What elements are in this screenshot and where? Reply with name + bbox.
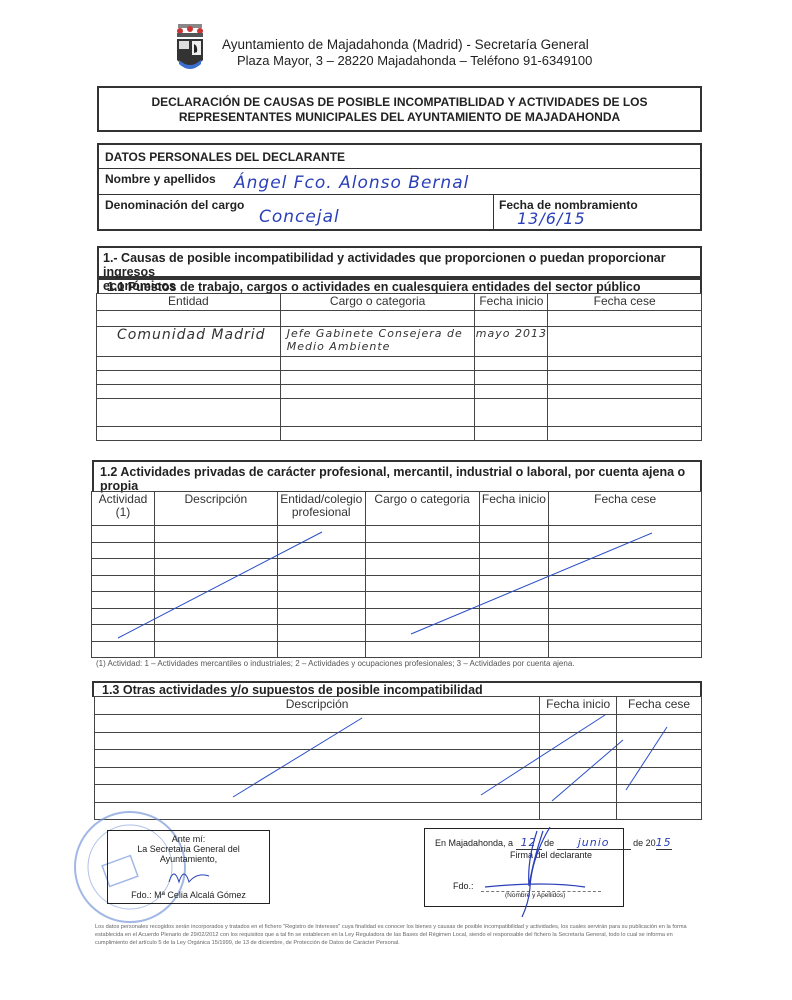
table-row[interactable] [95,732,702,750]
cargo-row: Denominación del cargo Concejal Fecha de… [99,195,700,231]
section-1-heading-box: 1.- Causas de posible incompatibilidad y… [97,246,702,278]
table-cell[interactable] [277,559,365,576]
table-cell[interactable] [540,750,617,768]
table-cell[interactable] [95,750,540,768]
other-activities-table: Descripción Fecha inicio Fecha cese [94,696,702,820]
table-cell[interactable] [365,526,479,543]
name-field[interactable]: Ángel Fco. Alonso Bernal [234,173,469,193]
table-cell[interactable] [365,641,479,658]
table-cell[interactable] [617,767,702,785]
secretary-name: Fdo.: Mª Celia Alcalá Gómez [108,890,269,900]
section-1-1-heading-box: 1.1 Puestos de trabajo, cargos o activid… [97,278,702,294]
section-1-3-heading: 1.3 Otras actividades y/o supuestos de p… [94,683,700,697]
activity-footnote: (1) Actividad: 1 – Actividades mercantil… [96,659,575,668]
table-cell[interactable] [95,767,540,785]
table-cell[interactable] [540,785,617,803]
secretary-signature-box: Ante mí: La Secretaria General del Ayunt… [107,830,270,904]
data-protection-notice: Los datos personales recogidos serán inc… [95,923,707,947]
table-cell[interactable] [549,542,702,559]
table-cell[interactable] [154,542,277,559]
table-cell[interactable] [549,625,702,642]
table-row[interactable] [97,371,702,385]
table-row[interactable] [92,608,702,625]
private-activities-table: Actividad (1) Descripción Entidad/colegi… [91,491,702,658]
col-fecha-cese: Fecha cese [617,697,702,715]
table-row[interactable] [92,526,702,543]
table-cell[interactable] [540,802,617,820]
table-row[interactable] [95,715,702,733]
table-cell[interactable] [479,575,549,592]
table-cell[interactable] [617,785,702,803]
table-cell[interactable] [277,575,365,592]
col-descripcion: Descripción [95,697,540,715]
table-cell[interactable] [549,641,702,658]
col-actividad: Actividad (1) [92,492,155,526]
header-address: Plaza Mayor, 3 – 28220 Majadahonda – Tel… [237,53,592,68]
table-cell[interactable] [154,608,277,625]
col-cargo: Cargo o categoria [365,492,479,526]
col-fecha-inicio: Fecha inicio [540,697,617,715]
table-cell[interactable] [617,715,702,733]
title-line-2: REPRESENTANTES MUNICIPALES DEL AYUNTAMIE… [99,110,700,125]
table-cell[interactable] [95,785,540,803]
table-row[interactable] [92,575,702,592]
table-cell[interactable] [92,625,155,642]
col-descripcion: Descripción [154,492,277,526]
table-cell[interactable] [479,559,549,576]
personal-data-section: DATOS PERSONALES DEL DECLARANTE Nombre y… [97,143,702,231]
spacer-row [97,311,702,327]
cell-fecha-inicio[interactable]: mayo 2013 [475,327,548,357]
table-row[interactable] [97,399,702,427]
name-label: Nombre y apellidos [105,172,216,186]
table-row[interactable] [95,767,702,785]
table-cell[interactable] [92,575,155,592]
table-cell[interactable] [540,767,617,785]
table-row[interactable] [97,427,702,441]
table-cell[interactable] [92,608,155,625]
document-title: DECLARACIÓN DE CAUSAS DE POSIBLE INCOMPA… [97,86,702,132]
table-row[interactable] [92,592,702,609]
table-cell[interactable] [365,625,479,642]
table-cell[interactable] [277,542,365,559]
table-cell[interactable] [95,732,540,750]
table-cell[interactable] [92,526,155,543]
table-row[interactable] [92,641,702,658]
name-row: Nombre y apellidos Ángel Fco. Alonso Ber… [99,169,700,195]
table-cell[interactable] [154,625,277,642]
col-fecha-inicio: Fecha inicio [475,294,548,311]
personal-heading-row: DATOS PERSONALES DEL DECLARANTE [99,145,700,169]
title-line-1: DECLARACIÓN DE CAUSAS DE POSIBLE INCOMPA… [99,95,700,110]
table-cell[interactable] [154,641,277,658]
table-cell[interactable] [277,625,365,642]
table-cell[interactable] [549,559,702,576]
table-cell[interactable] [549,526,702,543]
cargo-label: Denominación del cargo [105,198,244,212]
table-cell[interactable] [479,526,549,543]
table-cell[interactable] [617,732,702,750]
col-cargo: Cargo o categoria [280,294,475,311]
cell-fecha-cese[interactable] [548,327,702,357]
public-sector-table: Entidad Cargo o categoria Fecha inicio F… [96,293,702,441]
section-1-2-heading: 1.2 Actividades privadas de carácter pro… [94,462,700,493]
section-1-3-heading-box: 1.3 Otras actividades y/o supuestos de p… [92,681,702,697]
table-cell[interactable] [479,641,549,658]
table-cell[interactable] [277,526,365,543]
table-cell[interactable] [277,641,365,658]
table-cell[interactable] [479,542,549,559]
fecha-nombramiento-field[interactable]: 13/6/15 [517,209,586,228]
table-cell[interactable] [154,526,277,543]
table-cell[interactable] [365,542,479,559]
table-cell[interactable] [365,608,479,625]
table-cell[interactable] [277,608,365,625]
table-cell[interactable] [540,715,617,733]
table-cell[interactable] [479,625,549,642]
table-row[interactable]: Comunidad Madrid Jefe Gabinete Consejera… [97,327,702,357]
table-header-row: Descripción Fecha inicio Fecha cese [95,697,702,715]
table-cell[interactable] [277,592,365,609]
section-1-2-heading-box: 1.2 Actividades privadas de carácter pro… [92,460,702,492]
col-fecha-cese: Fecha cese [548,294,702,311]
table-cell[interactable] [479,608,549,625]
header-title: Ayuntamiento de Majadahonda (Madrid) - S… [222,37,589,52]
declarant-signature-box: En Majadahonda, a 12 de junio de 2015 Fi… [424,828,624,907]
table-cell[interactable] [549,608,702,625]
table-cell[interactable] [154,592,277,609]
table-row[interactable] [97,385,702,399]
table-row[interactable] [92,542,702,559]
table-row[interactable] [97,357,702,371]
cell-cargo[interactable]: Jefe Gabinete Consejera de Medio Ambient… [280,327,475,357]
divider [493,195,494,231]
table-header-row: Actividad (1) Descripción Entidad/colegi… [92,492,702,526]
table-cell[interactable] [154,575,277,592]
coat-of-arms-icon [172,22,208,74]
table-cell[interactable] [617,750,702,768]
personal-heading: DATOS PERSONALES DEL DECLARANTE [105,150,345,164]
declarant-signature [465,821,605,921]
table-cell[interactable] [92,542,155,559]
col-fecha-inicio: Fecha inicio [479,492,549,526]
table-row[interactable] [92,559,702,576]
secretary-title: La Secretaria General del Ayuntamiento, [108,844,269,864]
table-row[interactable] [92,625,702,642]
table-cell[interactable] [365,592,479,609]
year-field[interactable]: 15 [656,836,672,850]
table-cell[interactable] [617,802,702,820]
table-cell[interactable] [154,559,277,576]
table-cell[interactable] [365,559,479,576]
table-cell[interactable] [540,732,617,750]
table-cell[interactable] [549,592,702,609]
cell-entidad[interactable]: Comunidad Madrid [97,327,281,357]
ante-mi-label: Ante mí: [108,834,269,844]
col-fecha-cese: Fecha cese [549,492,702,526]
table-cell[interactable] [92,592,155,609]
table-header-row: Entidad Cargo o categoria Fecha inicio F… [97,294,702,311]
table-cell[interactable] [479,592,549,609]
table-row[interactable] [95,750,702,768]
table-cell[interactable] [92,559,155,576]
table-cell[interactable] [549,575,702,592]
cargo-field[interactable]: Concejal [259,207,340,227]
col-entidad-colegio: Entidad/colegio profesional [277,492,365,526]
table-row[interactable] [95,785,702,803]
table-cell[interactable] [95,715,540,733]
section-1-1-heading: 1.1 Puestos de trabajo, cargos o activid… [99,280,700,294]
table-cell[interactable] [92,641,155,658]
secretary-signature [108,864,269,890]
col-entidad: Entidad [97,294,281,311]
table-cell[interactable] [365,575,479,592]
